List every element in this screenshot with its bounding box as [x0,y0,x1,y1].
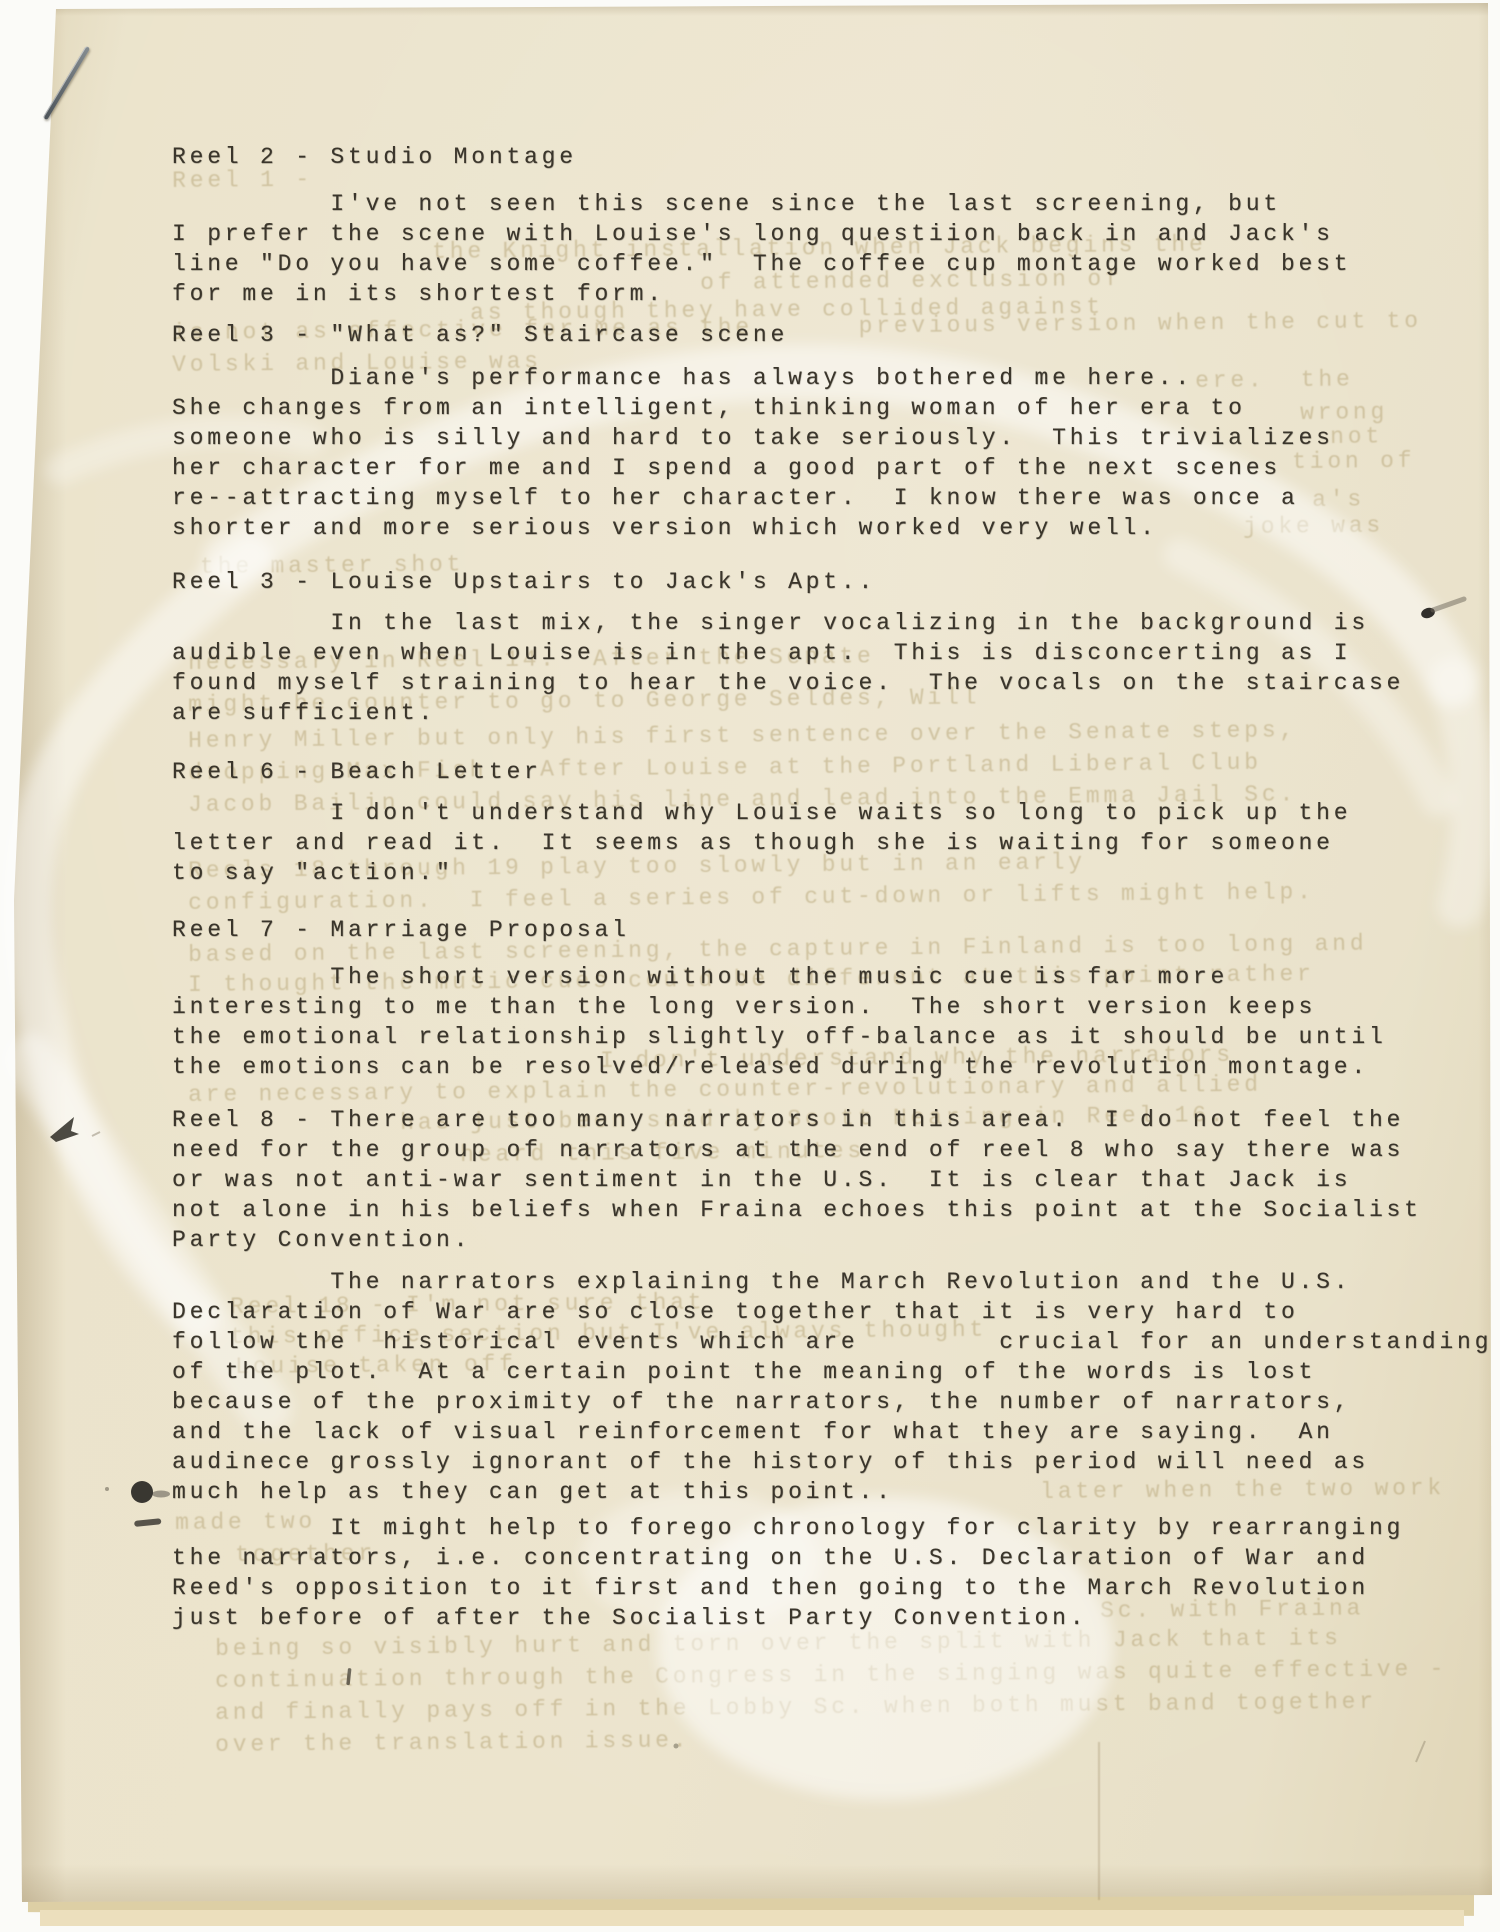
reel-section-paragraph-6: Reel 8 - There are too many narrators in… [172,1105,1422,1255]
reel-section-paragraph-8: It might help to forego chronology for c… [172,1513,1404,1633]
reel-section-heading-3: Reel 3 - Louise Upstairs to Jack's Apt.. [172,567,876,597]
reel-section-heading-2: Reel 3 - "What as?" Staircase scene [172,320,788,350]
scanned-document-page: Reel 1 -the Knight installation when Jac… [0,0,1500,1932]
underlying-sheet-edge-2 [40,1910,1464,1926]
reel-section-paragraph-4: I don't understand why Louise waits so l… [172,798,1351,888]
reel-section-paragraph-5: The short version without the music cue … [172,962,1387,1082]
paper-top-edge-shading [0,0,1500,16]
reel-section-paragraph-1: I've not seen this scene since the last … [172,189,1351,309]
reel-section-paragraph-2: Diane's performance has always bothered … [172,363,1334,543]
reel-section-heading-1: Reel 2 - Studio Montage [172,142,577,172]
reel-section-heading-5: Reel 7 - Marriage Proposal [172,915,630,945]
paper-right-edge-shading [1478,0,1500,1932]
bleed-through-fragment-37: over the translation issue. [215,1725,691,1760]
paper-crease [1098,1742,1100,1900]
reel-section-paragraph-7: The narrators explaining the March Revol… [172,1267,1492,1507]
paper-left-edge-shading [14,0,66,1932]
reel-section-heading-4: Reel 6 - Beach Letter [172,757,542,787]
reel-section-paragraph-3: In the last mix, the singer vocalizing i… [172,608,1404,728]
